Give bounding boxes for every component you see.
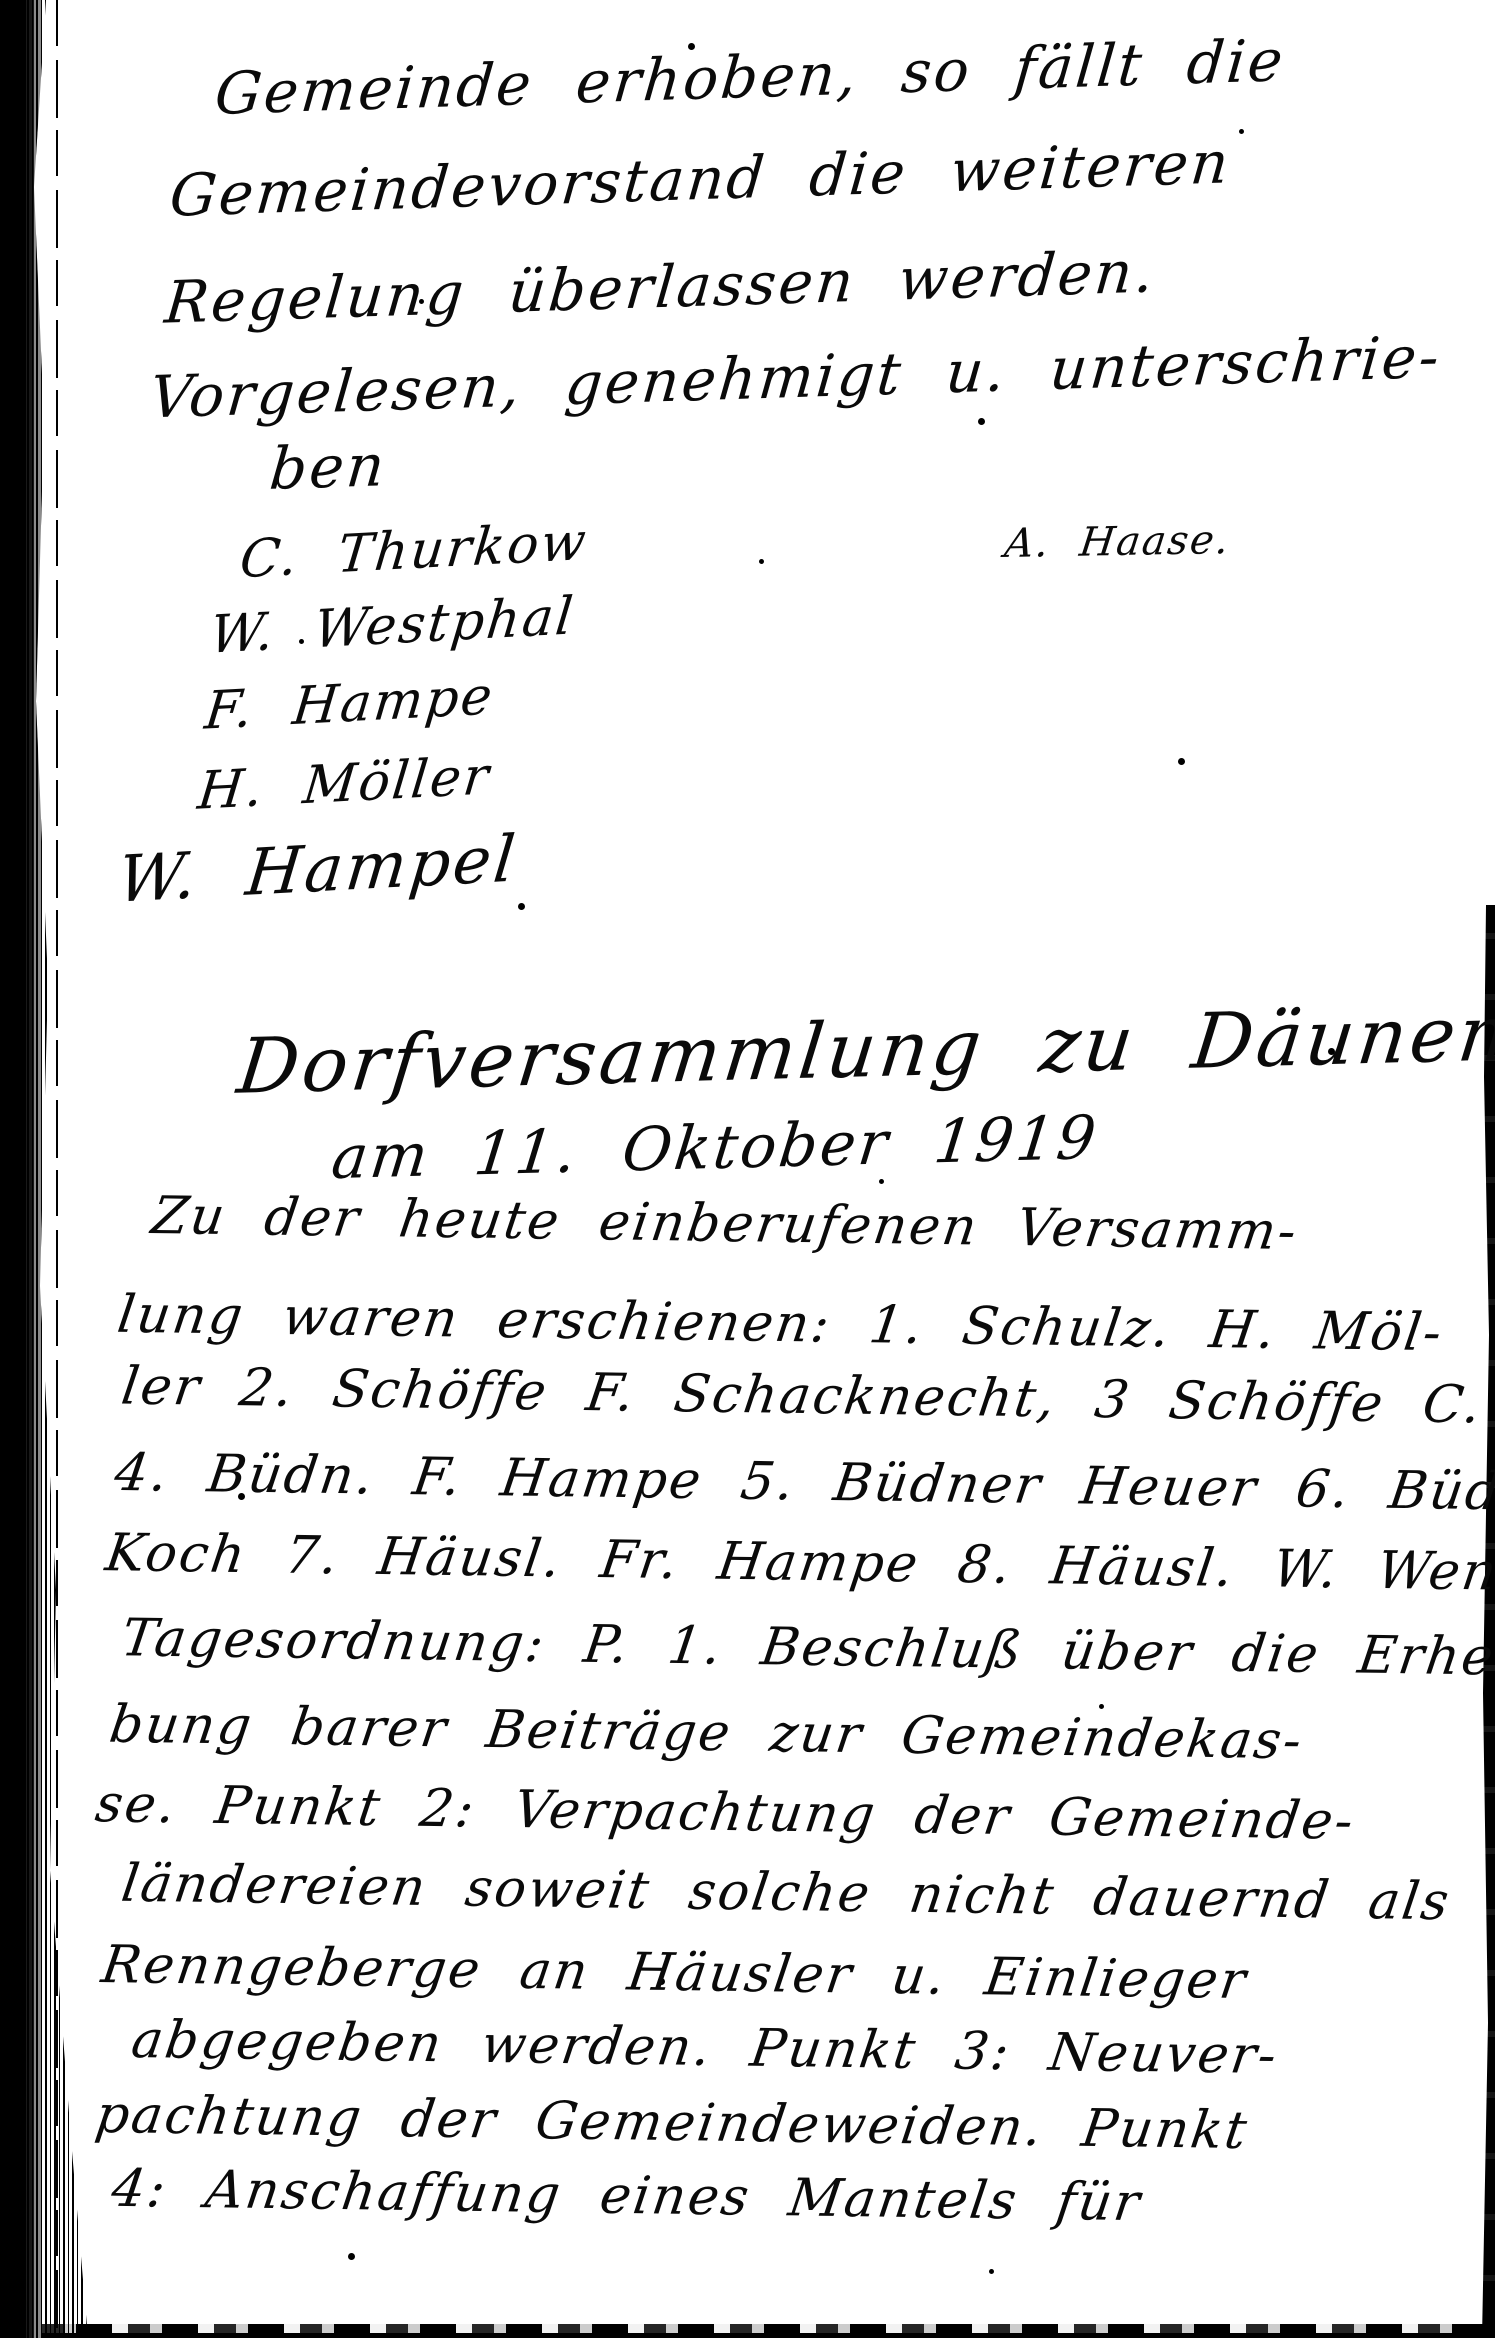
page-bottom-scan-edge xyxy=(42,2324,1495,2338)
handwriting-line: abgegeben werden. Punkt 3: Neuver- xyxy=(129,2014,1282,2082)
signature: A. Haase. xyxy=(1003,520,1233,564)
signature: C. Thurkow xyxy=(237,516,590,587)
handwriting-line: Gemeinde erhoben, so fällt die xyxy=(213,31,1288,123)
handwriting-line: Tagesordnung: P. 1. Beschluß über die Er… xyxy=(119,1612,1495,1683)
protocol-title: Dorfversammlung zu Däunen xyxy=(234,995,1495,1105)
page-right-scan-edge xyxy=(1482,905,1495,2338)
protocol-date-line: am 11. Oktober 1919 xyxy=(329,1108,1102,1188)
handwriting-line: lung waren erschienen: 1. Schulz. H. Möl… xyxy=(115,1289,1447,1359)
handwriting-line: ländereien soweit solche nicht dauernd a… xyxy=(119,1858,1454,1928)
handwriting-line: 4. Büdn. F. Hampe 5. Büdner Heuer 6. Büd… xyxy=(112,1447,1495,1519)
handwriting-line: Gemeindevorstand die weiteren xyxy=(168,133,1234,225)
handwriting-line: Vorgelesen, genehmigt u. unterschrie- xyxy=(148,328,1444,427)
binding-crease-line xyxy=(56,0,58,2338)
handwriting-line: Regelung überlassen werden. xyxy=(163,242,1159,331)
book-binding-edge xyxy=(0,0,96,2338)
scanned-document-page: Gemeinde erhoben, so fällt die Gemeindev… xyxy=(0,0,1495,2338)
handwriting-line: se. Punkt 2: Verpachtung der Gemeinde- xyxy=(93,1778,1359,1847)
handwriting-line: ler 2. Schöffe F. Schacknecht, 3 Schöffe… xyxy=(119,1361,1495,1436)
handwriting-line: bung barer Beiträge zur Gemeindekas- xyxy=(107,1699,1307,1768)
handwriting-line: Zu der heute einberufenen Versamm- xyxy=(149,1190,1302,1258)
handwriting-line: Renngeberge an Häusler u. Einlieger xyxy=(99,1939,1251,2007)
handwriting-line: ben xyxy=(267,436,389,498)
handwriting-line: Koch 7. Häusl. Fr. Hampe 8. Häusl. W. We… xyxy=(103,1527,1495,1599)
handwriting-line: pachtung der Gemeindeweiden. Punkt xyxy=(93,2089,1252,2157)
ink-specks xyxy=(0,0,3,3)
signature: W. Hampel xyxy=(115,827,521,912)
signature: F. Hampe xyxy=(202,670,496,737)
handwriting-line: 4: Anschaffung eines Mantels für xyxy=(108,2163,1144,2229)
signature: H. Möller xyxy=(195,750,493,818)
signature: W. Westphal xyxy=(207,590,577,661)
